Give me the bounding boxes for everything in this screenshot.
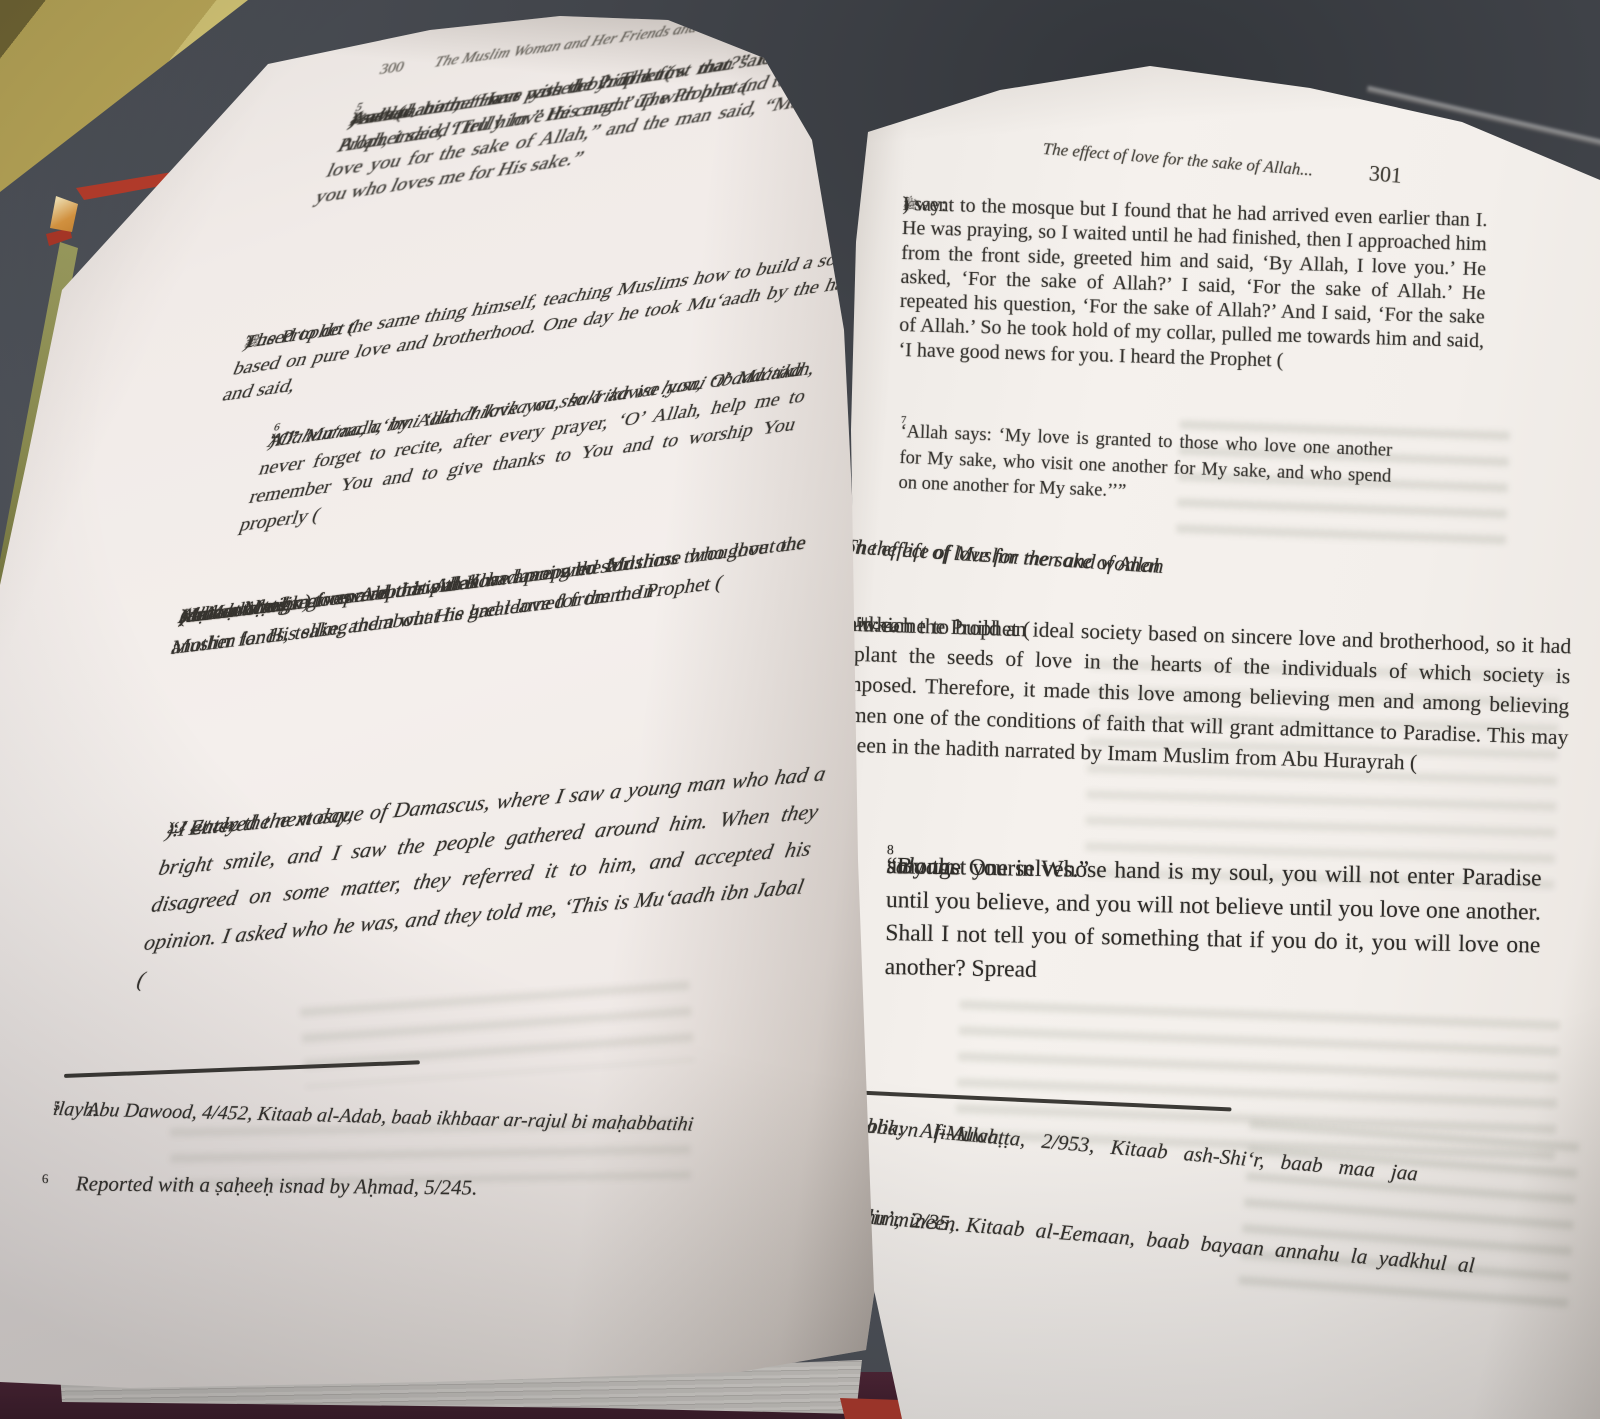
- blockquote-by-the-one: “By the One in Whose hand is my soul, yo…: [887, 850, 1542, 863]
- left-page-number: 300: [377, 59, 406, 78]
- page-showthrough: [300, 981, 695, 1088]
- paragraph-islam-ideal-society: Islam came to build an ideal society bas…: [827, 608, 1572, 631]
- right-running-header-title: The effect of love for the sake of Allah…: [1042, 139, 1314, 180]
- paragraph-prophet-same-thing: The Prophet (ﷺ) used to do the same thin…: [250, 241, 881, 330]
- paragraph-went-to-mosque: I went to the mosque but I found that he…: [903, 192, 1488, 208]
- blockquote-allah-says: ‘Allah says: ‘My love is granted to thos…: [901, 420, 1393, 439]
- left-page: 300 The Muslim Woman and Her Friends and…: [0, 0, 900, 1419]
- paragraph-muaadh-spread-love: Mu‘aadh began to spread this pure love a…: [184, 528, 810, 602]
- right-running-header: The effect of love for the sake of Allah…: [1042, 134, 1403, 189]
- footnote-5: 5 Abu Dawood, 4/452, Kitaab al-Adab, baa…: [56, 1088, 90, 1089]
- right-page-number: 301: [1368, 160, 1403, 188]
- footnote-marker: 6: [42, 1164, 49, 1194]
- page-corner-fold: [48, 192, 82, 236]
- photo-of-open-book: 300 The Muslim Woman and Her Friends and…: [0, 0, 1600, 1419]
- blockquote-mosque-of-damascus: “I entered the mosque of Damascus, where…: [170, 755, 829, 812]
